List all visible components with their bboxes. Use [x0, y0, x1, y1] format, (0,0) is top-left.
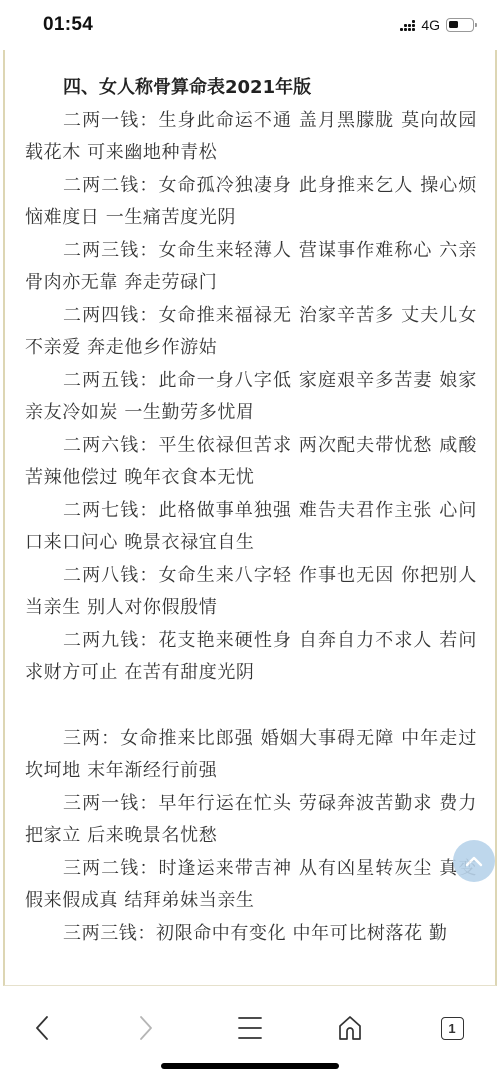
status-time: 01:54 — [43, 14, 93, 36]
back-to-top-button[interactable] — [453, 840, 495, 882]
fortune-entry: 二两三钱：女命生来轻薄人 营谋事作难称心 六亲骨肉亦无靠 奔走劳碌门 — [25, 235, 477, 300]
chevron-left-icon — [32, 1014, 52, 1042]
fortune-entry: 二两五钱：此命一身八字低 家庭艰辛多苦妻 娘家亲友冷如炭 一生勤劳多忧眉 — [25, 365, 477, 430]
fortune-entry: 二两二钱：女命孤冷独凄身 此身推来乞人 操心烦恼难度日 一生痛苦度光阴 — [25, 170, 477, 235]
network-type: 4G — [421, 17, 440, 33]
menu-button[interactable] — [230, 1008, 270, 1048]
article-content: 四、女人称骨算命表2021年版 二两一钱：生身此命运不通 盖月黑朦胧 莫向故园载… — [0, 50, 500, 986]
fortune-entry: 三两一钱：早年行运在忙头 劳碌奔波苦勤求 费力把家立 后来晚景名忧愁 — [25, 788, 477, 853]
fortune-entry: 二两四钱：女命推来福禄无 治家辛苦多 丈夫儿女不亲爱 奔走他乡作游姑 — [25, 300, 477, 365]
menu-icon — [237, 1015, 263, 1041]
fortune-entry: 二两六钱：平生依禄但苦求 两次配夫带忧愁 咸酸苦辣他偿过 晚年衣食本无忧 — [25, 430, 477, 495]
section-heading: 四、女人称骨算命表2021年版 — [25, 72, 477, 105]
chevron-right-icon — [136, 1014, 156, 1042]
fortune-entry: 三两二钱：时逢运来带吉神 从有凶星转灰尘 真变假来假成真 结拜弟妹当亲生 — [25, 853, 477, 918]
tabs-button[interactable]: 1 — [432, 1008, 472, 1048]
fortune-entry: 三两三钱：初限命中有变化 中年可比树落花 勤 — [25, 918, 477, 951]
home-indicator[interactable] — [161, 1063, 339, 1069]
status-indicators: 4G — [400, 17, 474, 33]
back-button[interactable] — [22, 1008, 62, 1048]
paragraph-spacer — [25, 690, 477, 723]
fortune-entry: 二两八钱：女命生来八字轻 作事也无因 你把别人当亲生 别人对你假殷情 — [25, 560, 477, 625]
fortune-entry: 二两九钱：花支艳来硬性身 自奔自力不求人 若问求财方可止 在苦有甜度光阴 — [25, 625, 477, 690]
fortune-entry: 二两一钱：生身此命运不通 盖月黑朦胧 莫向故园载花木 可来幽地种青松 — [25, 105, 477, 170]
signal-icon — [400, 20, 415, 31]
home-icon — [337, 1015, 363, 1041]
fortune-entry: 二两七钱：此格做事单独强 难告夫君作主张 心问口来口问心 晚景衣禄宜自生 — [25, 495, 477, 560]
status-bar: 01:54 4G — [0, 0, 500, 50]
tab-count-badge: 1 — [441, 1017, 464, 1040]
browser-toolbar: 1 — [0, 986, 500, 1082]
battery-low-icon — [446, 18, 474, 32]
fortune-entry: 三两：女命推来比郎强 婚姻大事碍无障 中年走过坎坷地 末年渐经行前强 — [25, 723, 477, 788]
chevron-up-icon — [464, 854, 484, 868]
home-button[interactable] — [330, 1008, 370, 1048]
article-body: 四、女人称骨算命表2021年版 二两一钱：生身此命运不通 盖月黑朦胧 莫向故园载… — [25, 72, 477, 950]
forward-button[interactable] — [126, 1008, 166, 1048]
